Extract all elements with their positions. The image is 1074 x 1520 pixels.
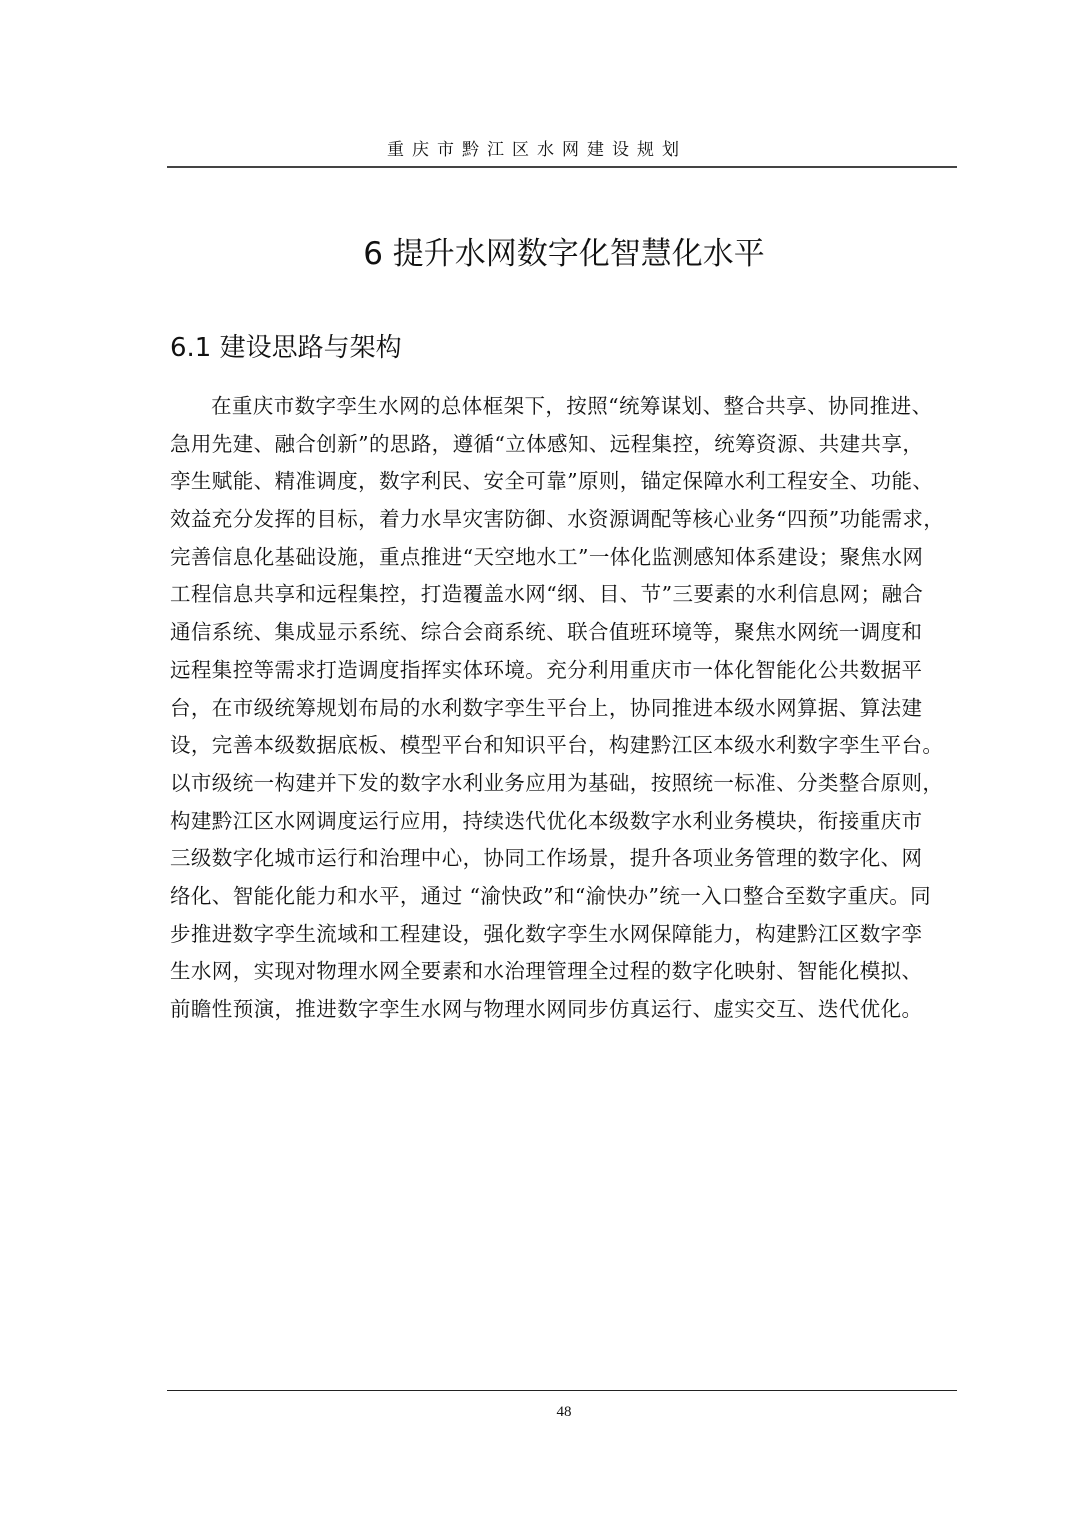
- paragraph-line: 三级数字化城市运行和治理中心，协同工作场景，提升各项业务管理的数字化、网: [170, 840, 960, 878]
- paragraph-line: 设，完善本级数据底板、模型平台和知识平台，构建黔江区本级水利数字孪生平台。: [170, 727, 960, 765]
- paragraph-line: 步推进数字孪生流域和工程建设，强化数字孪生水网保障能力，构建黔江区数字孪: [170, 916, 960, 954]
- paragraph-line: 络化、智能化能力和水平，通过 “渝快政”和“渝快办”统一入口整合至数字重庆。同: [170, 878, 960, 916]
- running-header-title: 重庆市黔江区水网建设规划: [0, 135, 1074, 160]
- paragraph-line: 在重庆市数字孪生水网的总体框架下，按照“统筹谋划、整合共享、协同推进、: [170, 388, 960, 426]
- body-paragraph: 在重庆市数字孪生水网的总体框架下，按照“统筹谋划、整合共享、协同推进、 急用先建…: [170, 388, 960, 1029]
- paragraph-line: 构建黔江区水网调度运行应用，持续迭代优化本级数字水利业务模块，衔接重庆市: [170, 803, 960, 841]
- paragraph-line: 通信系统、集成显示系统、综合会商系统、联合值班环境等，聚焦水网统一调度和: [170, 614, 960, 652]
- paragraph-line: 孪生赋能、精准调度，数字利民、安全可靠”原则，锚定保障水利工程安全、功能、: [170, 463, 960, 501]
- paragraph-line: 远程集控等需求打造调度指挥实体环境。充分利用重庆市一体化智能化公共数据平: [170, 652, 960, 690]
- paragraph-line: 前瞻性预演，推进数字孪生水网与物理水网同步仿真运行、虚实交互、迭代优化。: [170, 991, 960, 1029]
- chapter-title: 6 提升水网数字化智慧化水平: [0, 228, 1074, 273]
- paragraph-line: 以市级统一构建并下发的数字水利业务应用为基础，按照统一标准、分类整合原则，: [170, 765, 960, 803]
- header-divider: [167, 166, 957, 168]
- paragraph-line: 生水网，实现对物理水网全要素和水治理管理全过程的数字化映射、智能化模拟、: [170, 953, 960, 991]
- page-number: 48: [0, 1404, 1074, 1421]
- footer-divider: [167, 1390, 957, 1391]
- section-title: 6.1 建设思路与架构: [170, 327, 402, 364]
- paragraph-line: 急用先建、融合创新”的思路，遵循“立体感知、远程集控，统筹资源、共建共享，: [170, 426, 960, 464]
- paragraph-line: 效益充分发挥的目标，着力水旱灾害防御、水资源调配等核心业务“四预”功能需求，: [170, 501, 960, 539]
- paragraph-line: 工程信息共享和远程集控，打造覆盖水网“纲、目、节”三要素的水利信息网；融合: [170, 576, 960, 614]
- paragraph-line: 完善信息化基础设施，重点推进“天空地水工”一体化监测感知体系建设；聚焦水网: [170, 539, 960, 577]
- paragraph-line: 台，在市级统筹规划布局的水利数字孪生平台上，协同推进本级水网算据、算法建: [170, 690, 960, 728]
